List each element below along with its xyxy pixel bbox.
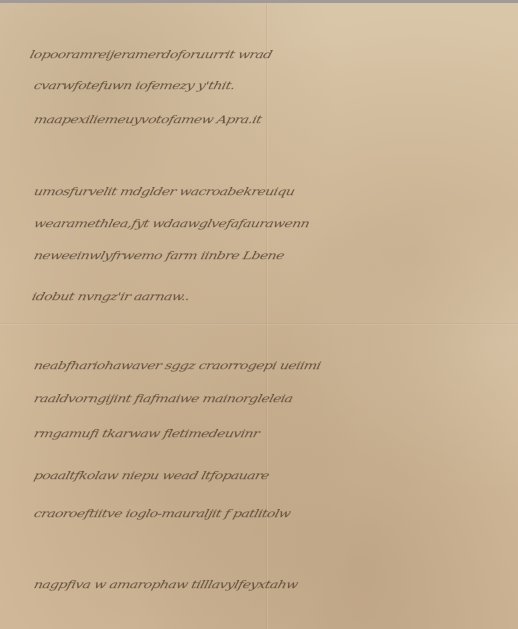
handwritten-line: nagpfiva w amarophaw tilllavylfeyxtahw xyxy=(33,579,300,591)
horizontal-fold-crease xyxy=(0,323,518,325)
vertical-fold-crease xyxy=(266,3,268,629)
handwritten-line: craoroeftiitve ioglo-mauraljit f patlito… xyxy=(33,508,292,520)
handwritten-line: umosfurvelit mdglder wacroabekreuiqu xyxy=(33,186,296,198)
handwritten-line: wearamethlea,fyt wdaawglvefafaurawenn xyxy=(33,218,311,230)
handwritten-line: cvarwfotefuwn iofemezy y'thit. xyxy=(33,80,237,92)
handwritten-line: neweeinwlyfrwemo farm iinbre Lbene xyxy=(33,250,286,262)
handwritten-line: neabfhariohawaver sggz craorrogepi ueiim… xyxy=(33,360,322,372)
handwritten-line: rmgamufi tkarwaw fletimedeuvinr xyxy=(33,428,261,440)
handwritten-line: idobut nvngz'ir aarnaw.. xyxy=(31,291,191,303)
handwritten-line: maapexiliemeuyvotofamew Apra.it xyxy=(33,114,263,126)
handwritten-line: raaldvorngijint fiafmaiwe mainorgleleia xyxy=(33,393,294,405)
handwritten-line: lopooramreijeramerdoforuurrit wrad xyxy=(29,49,274,61)
handwritten-line: poaaltfkolaw niepu wead ltfopauare xyxy=(33,470,271,482)
letter-page: lopooramreijeramerdoforuurrit wrad cvarw… xyxy=(0,0,518,629)
